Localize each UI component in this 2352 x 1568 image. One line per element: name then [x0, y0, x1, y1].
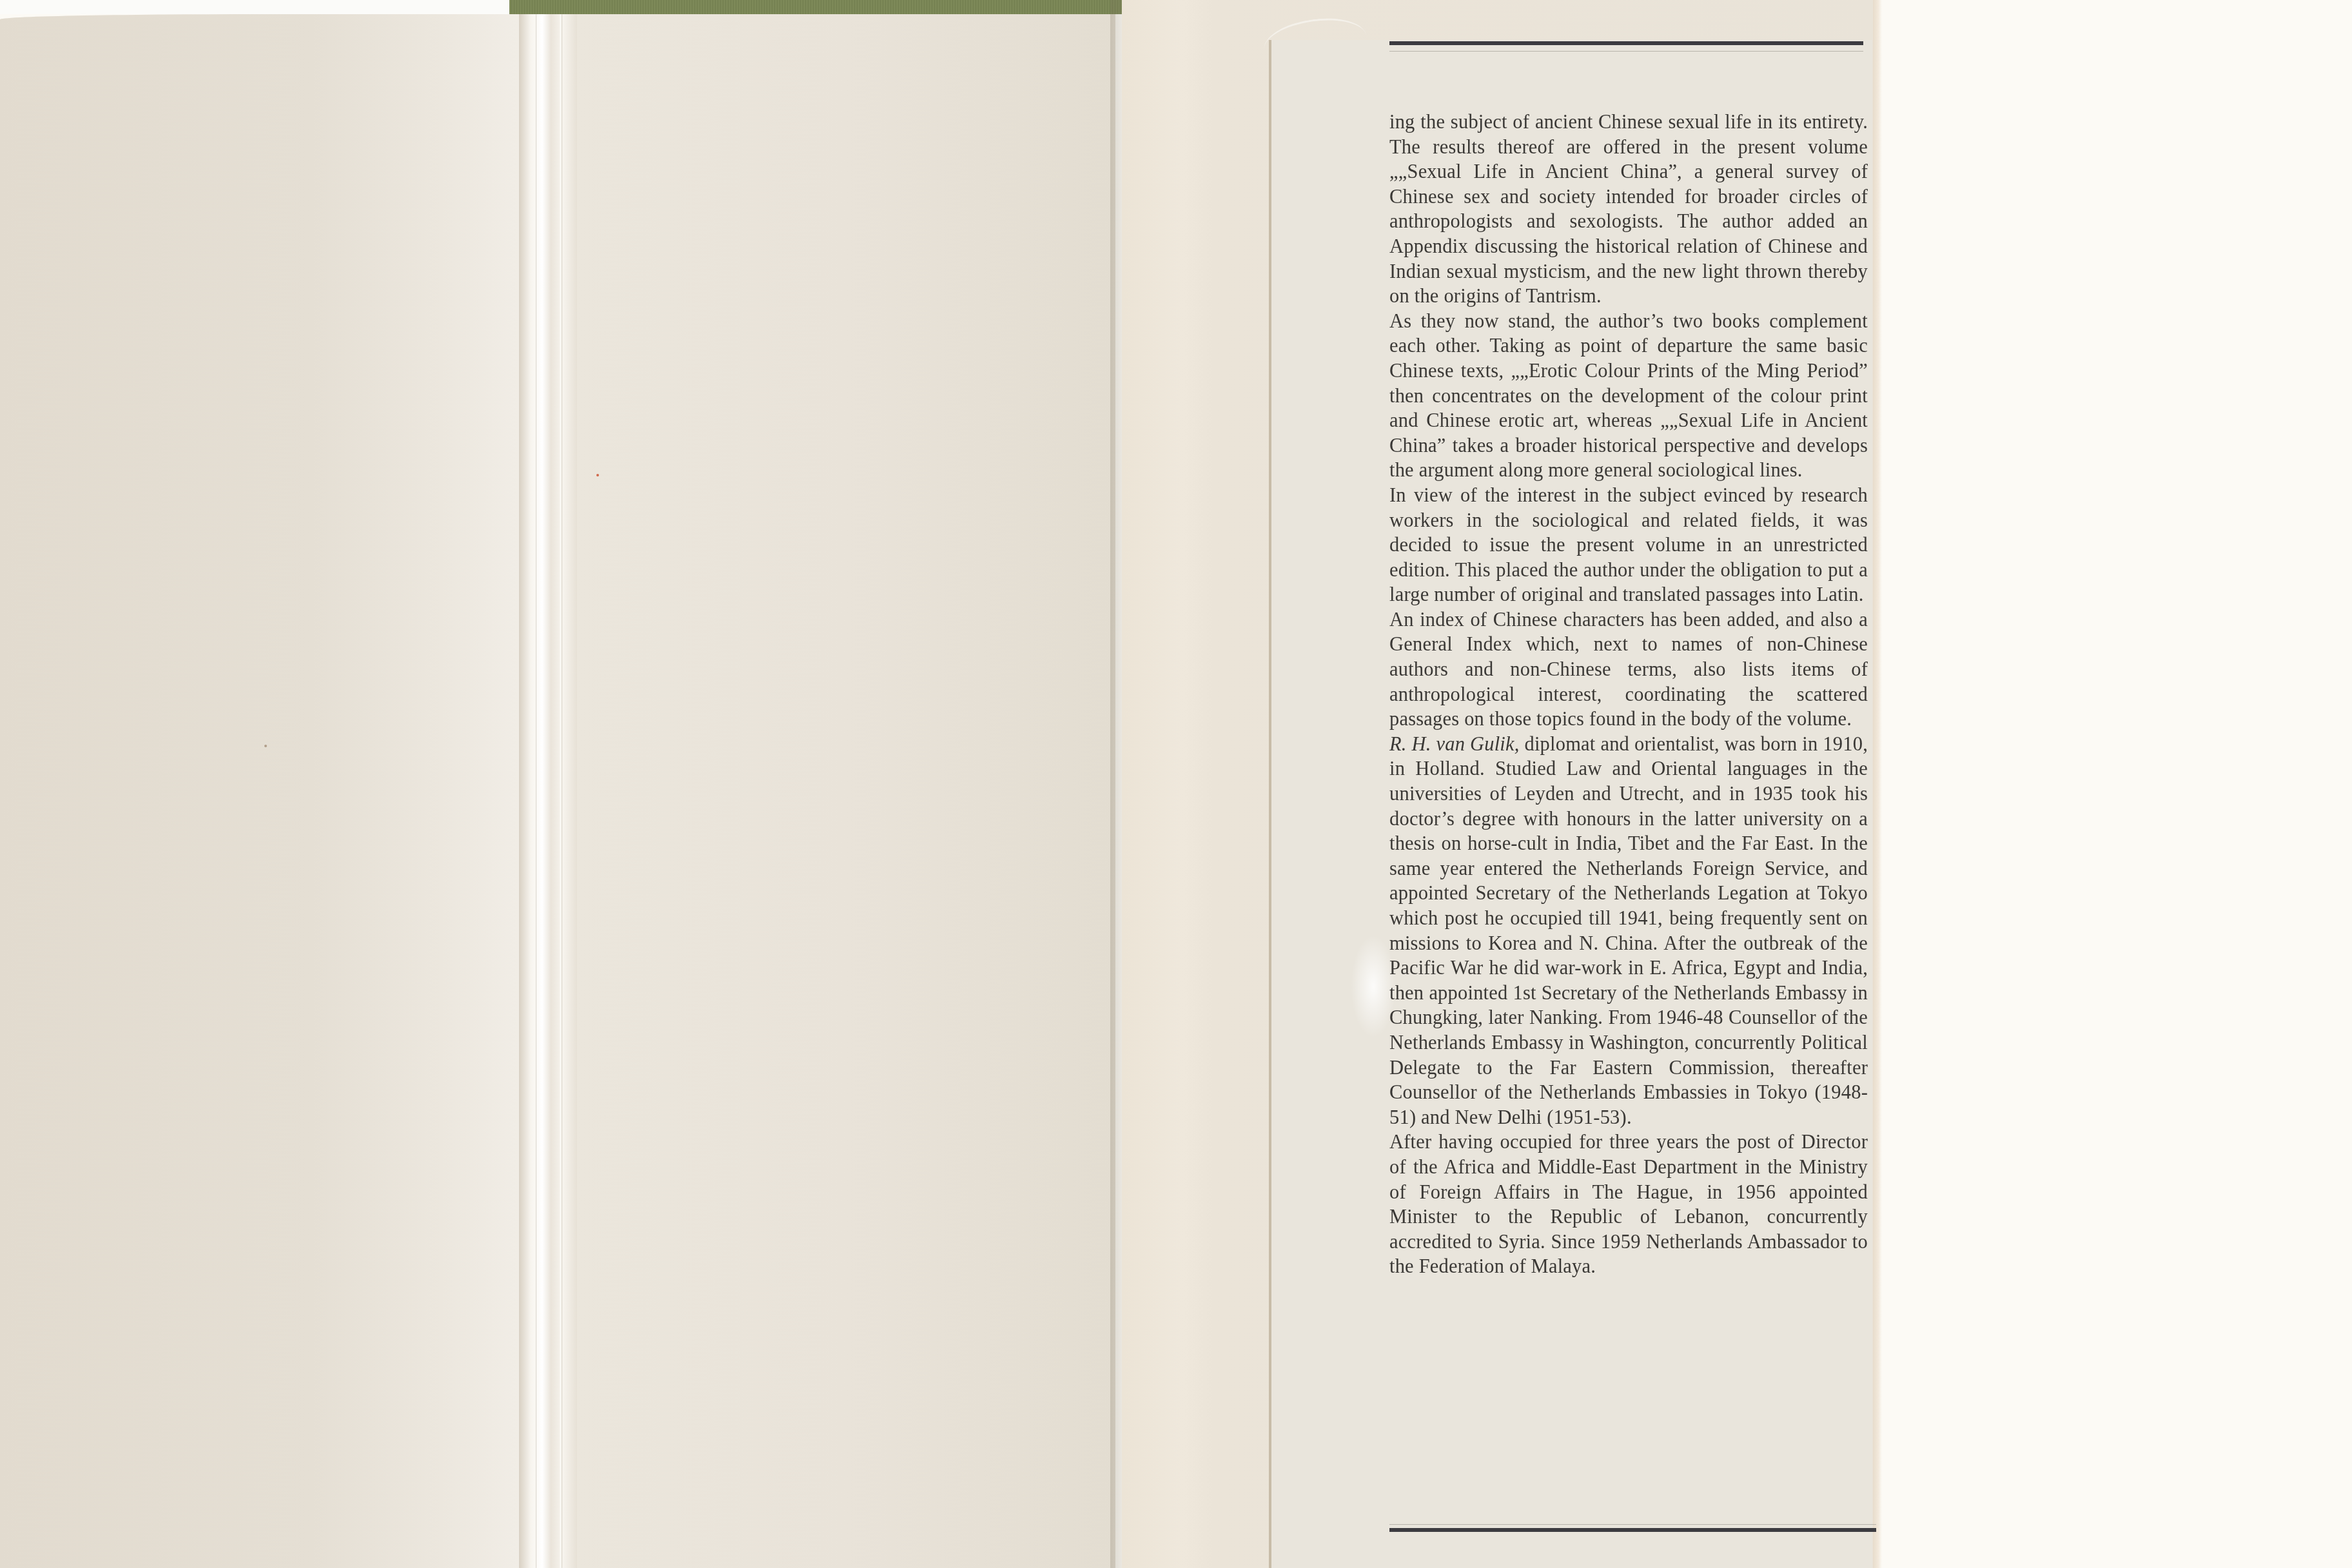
gutter-crease	[534, 14, 536, 1568]
paper-speck	[596, 474, 599, 476]
green-cloth-binding	[509, 0, 1154, 14]
gutter-fold	[519, 14, 577, 1568]
book-photo-scene: ing the subject of ancient Chinese sexua…	[0, 0, 2352, 1568]
top-rule	[1389, 41, 1863, 45]
bottom-rule	[1389, 1528, 1876, 1532]
paragraph-subject-survey: ing the subject of ancient Chinese sexua…	[1389, 110, 1868, 309]
paragraph-author-bio: R. H. van Gulik, diplomat and orientalis…	[1389, 732, 1868, 1130]
paragraph-later-career: After having occupied for three years th…	[1389, 1130, 1868, 1279]
author-name: R. H. van Gulik,	[1389, 733, 1520, 755]
author-bio-text: diplomat and orientalist, was born in 19…	[1389, 733, 1868, 1128]
paragraph-indexes: An index of Chinese characters has been …	[1389, 607, 1868, 732]
flap-outer-edge	[1873, 0, 1882, 1568]
paragraph-unrestricted-edition: In view of the interest in the subject e…	[1389, 483, 1868, 607]
paper-speck	[264, 745, 267, 747]
paragraph-two-books: As they now stand, the author’s two book…	[1389, 309, 1868, 483]
bottom-rule-thin	[1389, 1524, 1876, 1525]
free-endpaper-page	[577, 14, 1115, 1568]
gutter-crease	[560, 14, 562, 1568]
flap-fold-edge	[1269, 40, 1271, 1568]
top-rule-thin	[1389, 51, 1863, 52]
background-top	[0, 0, 516, 14]
left-endpaper-page	[0, 14, 519, 1568]
flap-body-text: ing the subject of ancient Chinese sexua…	[1389, 110, 1868, 1279]
